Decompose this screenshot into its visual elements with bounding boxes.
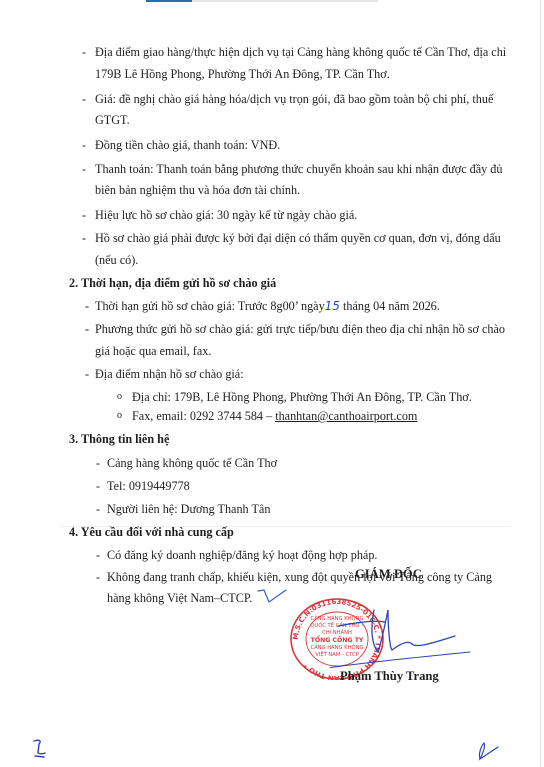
- validity-line: Hiệu lực hồ sơ chào giá: 30 ngày kể từ n…: [95, 207, 357, 223]
- receiving-location-label: Địa điểm nhận hồ sơ chào giá:: [95, 366, 244, 382]
- handwritten-checkmark-icon: [256, 587, 290, 607]
- bullet-dash: -: [82, 44, 86, 60]
- bullet-dash: -: [82, 230, 86, 246]
- bullet-dash: -: [96, 547, 100, 563]
- payment-line-2: biên bản nghiệm thu và hóa đơn tài chính…: [95, 182, 300, 198]
- delivery-location-line-1: Địa điểm giao hàng/thực hiện dịch vụ tại…: [95, 44, 481, 60]
- bullet-dash: -: [82, 207, 86, 223]
- contact-tel: Tel: 0919449778: [107, 478, 190, 494]
- fax-label: Fax, email: 0292 3744 584 –: [132, 409, 275, 423]
- section-2-heading: 2. Thời hạn, địa điểm gửi hồ sơ chào giá: [69, 275, 276, 291]
- signatory-title: GIÁM ĐỐC: [355, 567, 422, 582]
- fax-email-line: Fax, email: 0292 3744 584 – thanhtan@can…: [132, 408, 417, 424]
- contact-org: Cảng hàng không quốc tế Cần Thơ: [107, 455, 277, 471]
- price-line-1: Giá: đề nghị chào giá hàng hóa/dịch vụ t…: [95, 91, 481, 107]
- bullet-dash: -: [85, 366, 89, 382]
- signing-line-2: (nếu có).: [95, 252, 138, 268]
- email-link[interactable]: thanhtan@canthoairport.com: [275, 409, 417, 423]
- circle-bullet: o: [117, 408, 122, 424]
- contact-person: Người liên hệ: Dương Thanh Tân: [107, 501, 270, 517]
- section-4-heading: 4. Yêu cầu đối với nhà cung cấp: [69, 524, 234, 540]
- bullet-dash: -: [96, 501, 100, 517]
- submission-method-line-2: giá hoặc qua email, fax.: [95, 343, 211, 359]
- bullet-dash: -: [82, 161, 86, 177]
- deadline-prefix: Thời hạn gửi hồ sơ chào giá: Trước 8g00’…: [95, 299, 325, 313]
- signatory-name: Phạm Thùy Trang: [340, 669, 439, 684]
- signing-line-1: Hồ sơ chào giá phải được ký bởi đại diện…: [95, 230, 481, 246]
- deadline-line: Thời hạn gửi hồ sơ chào giá: Trước 8g00’…: [95, 298, 440, 314]
- deadline-suffix: tháng 04 năm 2026.: [340, 299, 440, 313]
- bullet-dash: -: [85, 321, 89, 337]
- submission-method-line-1: Phương thức gửi hồ sơ chào giá: gửi trực…: [95, 321, 481, 337]
- bullet-dash: -: [82, 91, 86, 107]
- circle-bullet: o: [117, 389, 122, 405]
- handwritten-initial-icon: [472, 733, 502, 763]
- bullet-dash: -: [96, 478, 100, 494]
- payment-line-1: Thanh toán: Thanh toán bằng phương thức …: [95, 161, 481, 177]
- requirement-no-dispute-line-2: hàng không Việt Nam–CTCP.: [107, 590, 252, 606]
- bullet-dash: -: [85, 298, 89, 314]
- bullet-dash: -: [96, 569, 100, 585]
- address-line: Địa chỉ: 179B, Lê Hồng Phong, Phường Thớ…: [132, 389, 472, 405]
- handwritten-deadline-day: 15: [325, 299, 340, 313]
- handwritten-initial-icon: [30, 738, 50, 760]
- requirement-no-dispute-line-1: Không đang tranh chấp, khiếu kiện, xung …: [107, 569, 481, 585]
- section-3-heading: 3. Thông tin liên hệ: [69, 431, 169, 447]
- delivery-location-line-2: 179B Lê Hồng Phong, Phường Thới An Đông,…: [95, 66, 390, 82]
- currency-line: Đồng tiền chào giá, thanh toán: VNĐ.: [95, 137, 280, 153]
- requirement-registration: Có đăng ký doanh nghiệp/đăng ký hoạt độn…: [107, 547, 377, 563]
- bullet-dash: -: [96, 455, 100, 471]
- bullet-dash: -: [82, 137, 86, 153]
- handwritten-signature-icon: [330, 600, 500, 680]
- price-line-2: GTGT.: [95, 112, 130, 128]
